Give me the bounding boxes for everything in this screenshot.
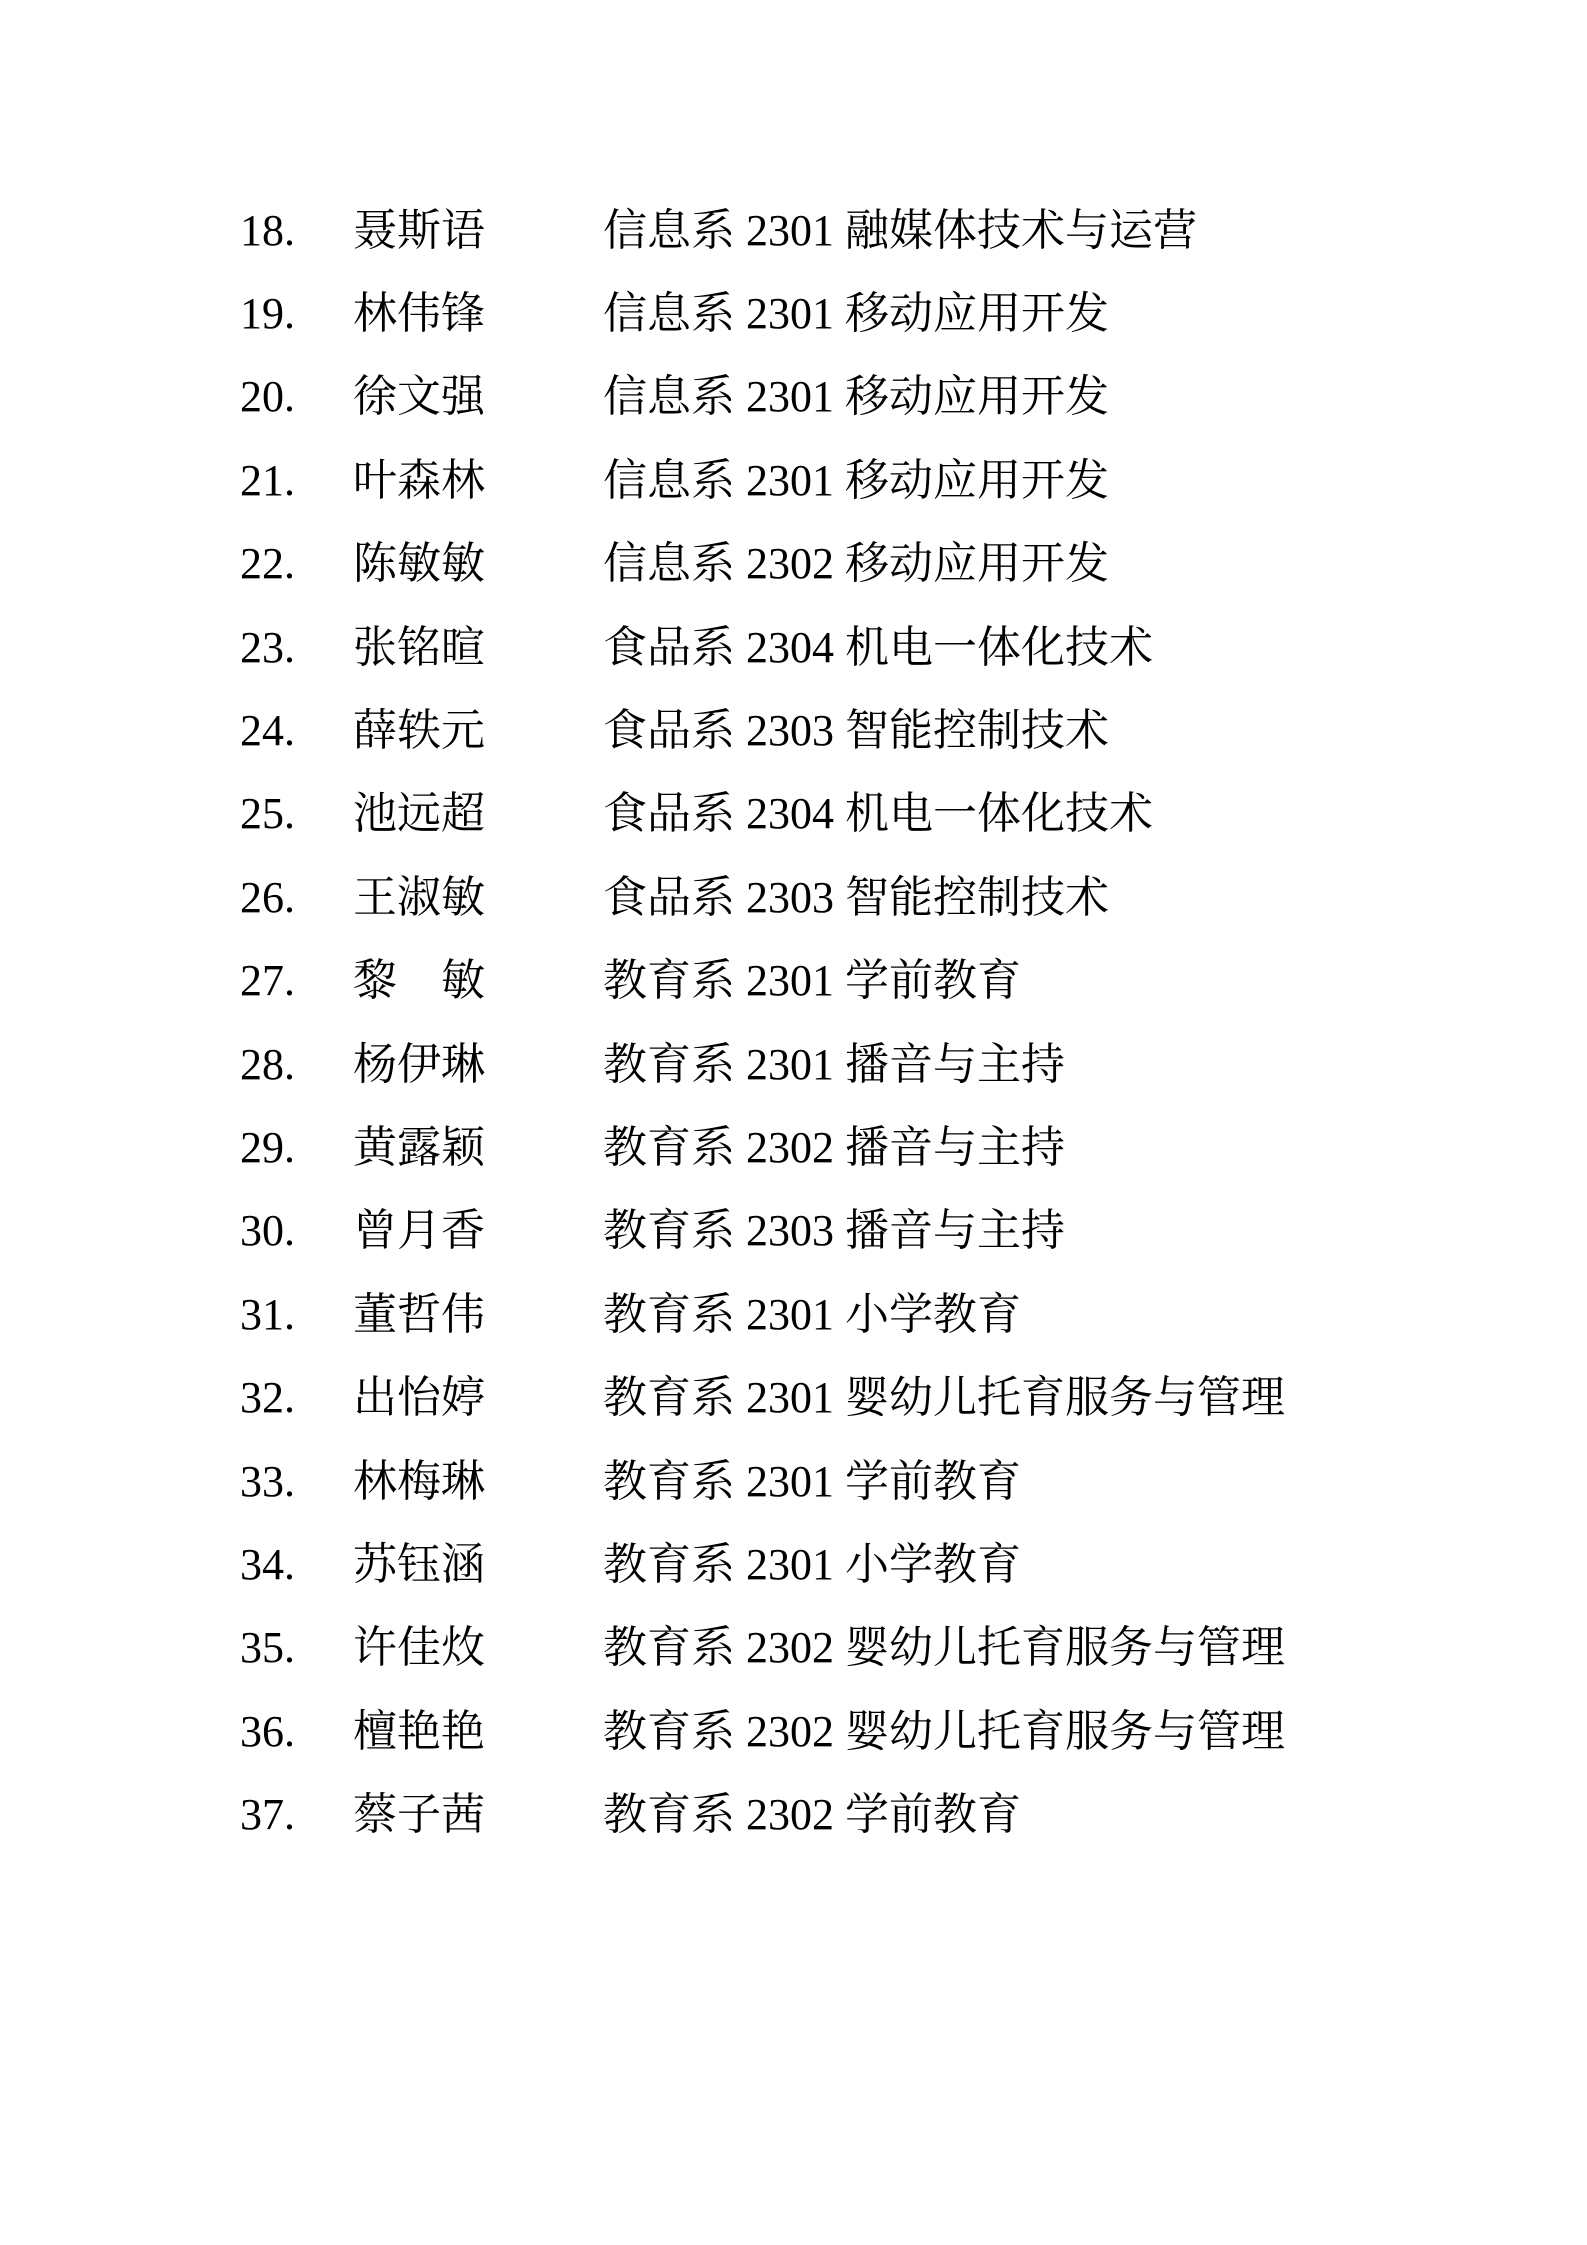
class-major: 信息系 2301 融媒体技术与运营	[603, 209, 1197, 253]
student-name: 张铭暄	[353, 626, 485, 670]
roster-row: 34.苏钰涵教育系 2301 小学教育	[0, 1523, 1587, 1606]
roster-row: 28.杨伊琳教育系 2301 播音与主持	[0, 1023, 1587, 1106]
class-major: 教育系 2301 学前教育	[603, 1460, 1021, 1504]
row-number: 37.	[240, 1793, 353, 1837]
roster-row: 25.池远超食品系 2304 机电一体化技术	[0, 773, 1587, 856]
student-name: 池远超	[353, 792, 485, 836]
roster-row: 37.蔡子茜教育系 2302 学前教育	[0, 1773, 1587, 1856]
class-major: 信息系 2302 移动应用开发	[603, 542, 1109, 586]
row-number: 28.	[240, 1043, 353, 1087]
row-number: 18.	[240, 209, 353, 253]
row-number: 26.	[240, 876, 353, 920]
roster-row: 35.许佳炇教育系 2302 婴幼儿托育服务与管理	[0, 1607, 1587, 1690]
student-name: 杨伊琳	[353, 1043, 485, 1087]
roster-row: 24.薛轶元食品系 2303 智能控制技术	[0, 689, 1587, 772]
row-number: 24.	[240, 709, 353, 753]
class-major: 信息系 2301 移动应用开发	[603, 459, 1109, 503]
row-number: 33.	[240, 1460, 353, 1504]
student-name: 曾月香	[353, 1209, 485, 1253]
student-name: 许佳炇	[353, 1626, 485, 1670]
row-number: 19.	[240, 292, 353, 336]
class-major: 教育系 2302 婴幼儿托育服务与管理	[603, 1626, 1285, 1670]
roster-row: 36.檀艳艳教育系 2302 婴幼儿托育服务与管理	[0, 1690, 1587, 1773]
roster-row: 27.黎敏教育系 2301 学前教育	[0, 940, 1587, 1023]
document-page: 18.聂斯语信息系 2301 融媒体技术与运营19.林伟锋信息系 2301 移动…	[0, 0, 1587, 2245]
class-major: 教育系 2303 播音与主持	[603, 1209, 1065, 1253]
row-number: 36.	[240, 1710, 353, 1754]
row-number: 34.	[240, 1543, 353, 1587]
roster-row: 26.王淑敏食品系 2303 智能控制技术	[0, 856, 1587, 939]
student-name: 林伟锋	[353, 292, 485, 336]
student-name: 林梅琳	[353, 1460, 485, 1504]
row-number: 27.	[240, 959, 353, 1003]
class-major: 教育系 2301 学前教育	[603, 959, 1021, 1003]
class-major: 教育系 2301 播音与主持	[603, 1043, 1065, 1087]
row-number: 35.	[240, 1626, 353, 1670]
student-name: 黎敏	[353, 959, 485, 1003]
student-name: 聂斯语	[353, 209, 485, 253]
row-number: 23.	[240, 626, 353, 670]
student-name: 蔡子茜	[353, 1793, 485, 1837]
class-major: 食品系 2303 智能控制技术	[603, 876, 1109, 920]
student-name: 董哲伟	[353, 1293, 485, 1337]
row-number: 22.	[240, 542, 353, 586]
roster-row: 32.出怡婷教育系 2301 婴幼儿托育服务与管理	[0, 1356, 1587, 1439]
class-major: 教育系 2301 小学教育	[603, 1543, 1021, 1587]
roster-row: 23.张铭暄食品系 2304 机电一体化技术	[0, 606, 1587, 689]
roster-row: 33.林梅琳教育系 2301 学前教育	[0, 1440, 1587, 1523]
class-major: 食品系 2304 机电一体化技术	[603, 792, 1153, 836]
roster-row: 19.林伟锋信息系 2301 移动应用开发	[0, 272, 1587, 355]
row-number: 30.	[240, 1209, 353, 1253]
student-name: 檀艳艳	[353, 1710, 485, 1754]
student-name: 苏钰涵	[353, 1543, 485, 1587]
roster-row: 29.黄露颖教育系 2302 播音与主持	[0, 1106, 1587, 1189]
class-major: 食品系 2303 智能控制技术	[603, 709, 1109, 753]
student-name: 王淑敏	[353, 876, 485, 920]
student-name: 叶森林	[353, 459, 485, 503]
class-major: 食品系 2304 机电一体化技术	[603, 626, 1153, 670]
row-number: 29.	[240, 1126, 353, 1170]
row-number: 32.	[240, 1376, 353, 1420]
roster-row: 22.陈敏敏信息系 2302 移动应用开发	[0, 523, 1587, 606]
row-number: 31.	[240, 1293, 353, 1337]
class-major: 信息系 2301 移动应用开发	[603, 292, 1109, 336]
roster-row: 30.曾月香教育系 2303 播音与主持	[0, 1190, 1587, 1273]
class-major: 教育系 2302 婴幼儿托育服务与管理	[603, 1710, 1285, 1754]
roster-row: 21.叶森林信息系 2301 移动应用开发	[0, 439, 1587, 522]
student-name: 黄露颖	[353, 1126, 485, 1170]
student-name: 陈敏敏	[353, 542, 485, 586]
student-name: 徐文强	[353, 375, 485, 419]
student-name: 薛轶元	[353, 709, 485, 753]
row-number: 21.	[240, 459, 353, 503]
roster-row: 18.聂斯语信息系 2301 融媒体技术与运营	[0, 189, 1587, 272]
roster-row: 20.徐文强信息系 2301 移动应用开发	[0, 356, 1587, 439]
row-number: 20.	[240, 375, 353, 419]
student-roster-list: 18.聂斯语信息系 2301 融媒体技术与运营19.林伟锋信息系 2301 移动…	[0, 189, 1587, 1857]
class-major: 教育系 2301 婴幼儿托育服务与管理	[603, 1376, 1285, 1420]
class-major: 教育系 2302 播音与主持	[603, 1126, 1065, 1170]
roster-row: 31.董哲伟教育系 2301 小学教育	[0, 1273, 1587, 1356]
row-number: 25.	[240, 792, 353, 836]
class-major: 教育系 2302 学前教育	[603, 1793, 1021, 1837]
class-major: 教育系 2301 小学教育	[603, 1293, 1021, 1337]
student-name: 出怡婷	[353, 1376, 485, 1420]
class-major: 信息系 2301 移动应用开发	[603, 375, 1109, 419]
